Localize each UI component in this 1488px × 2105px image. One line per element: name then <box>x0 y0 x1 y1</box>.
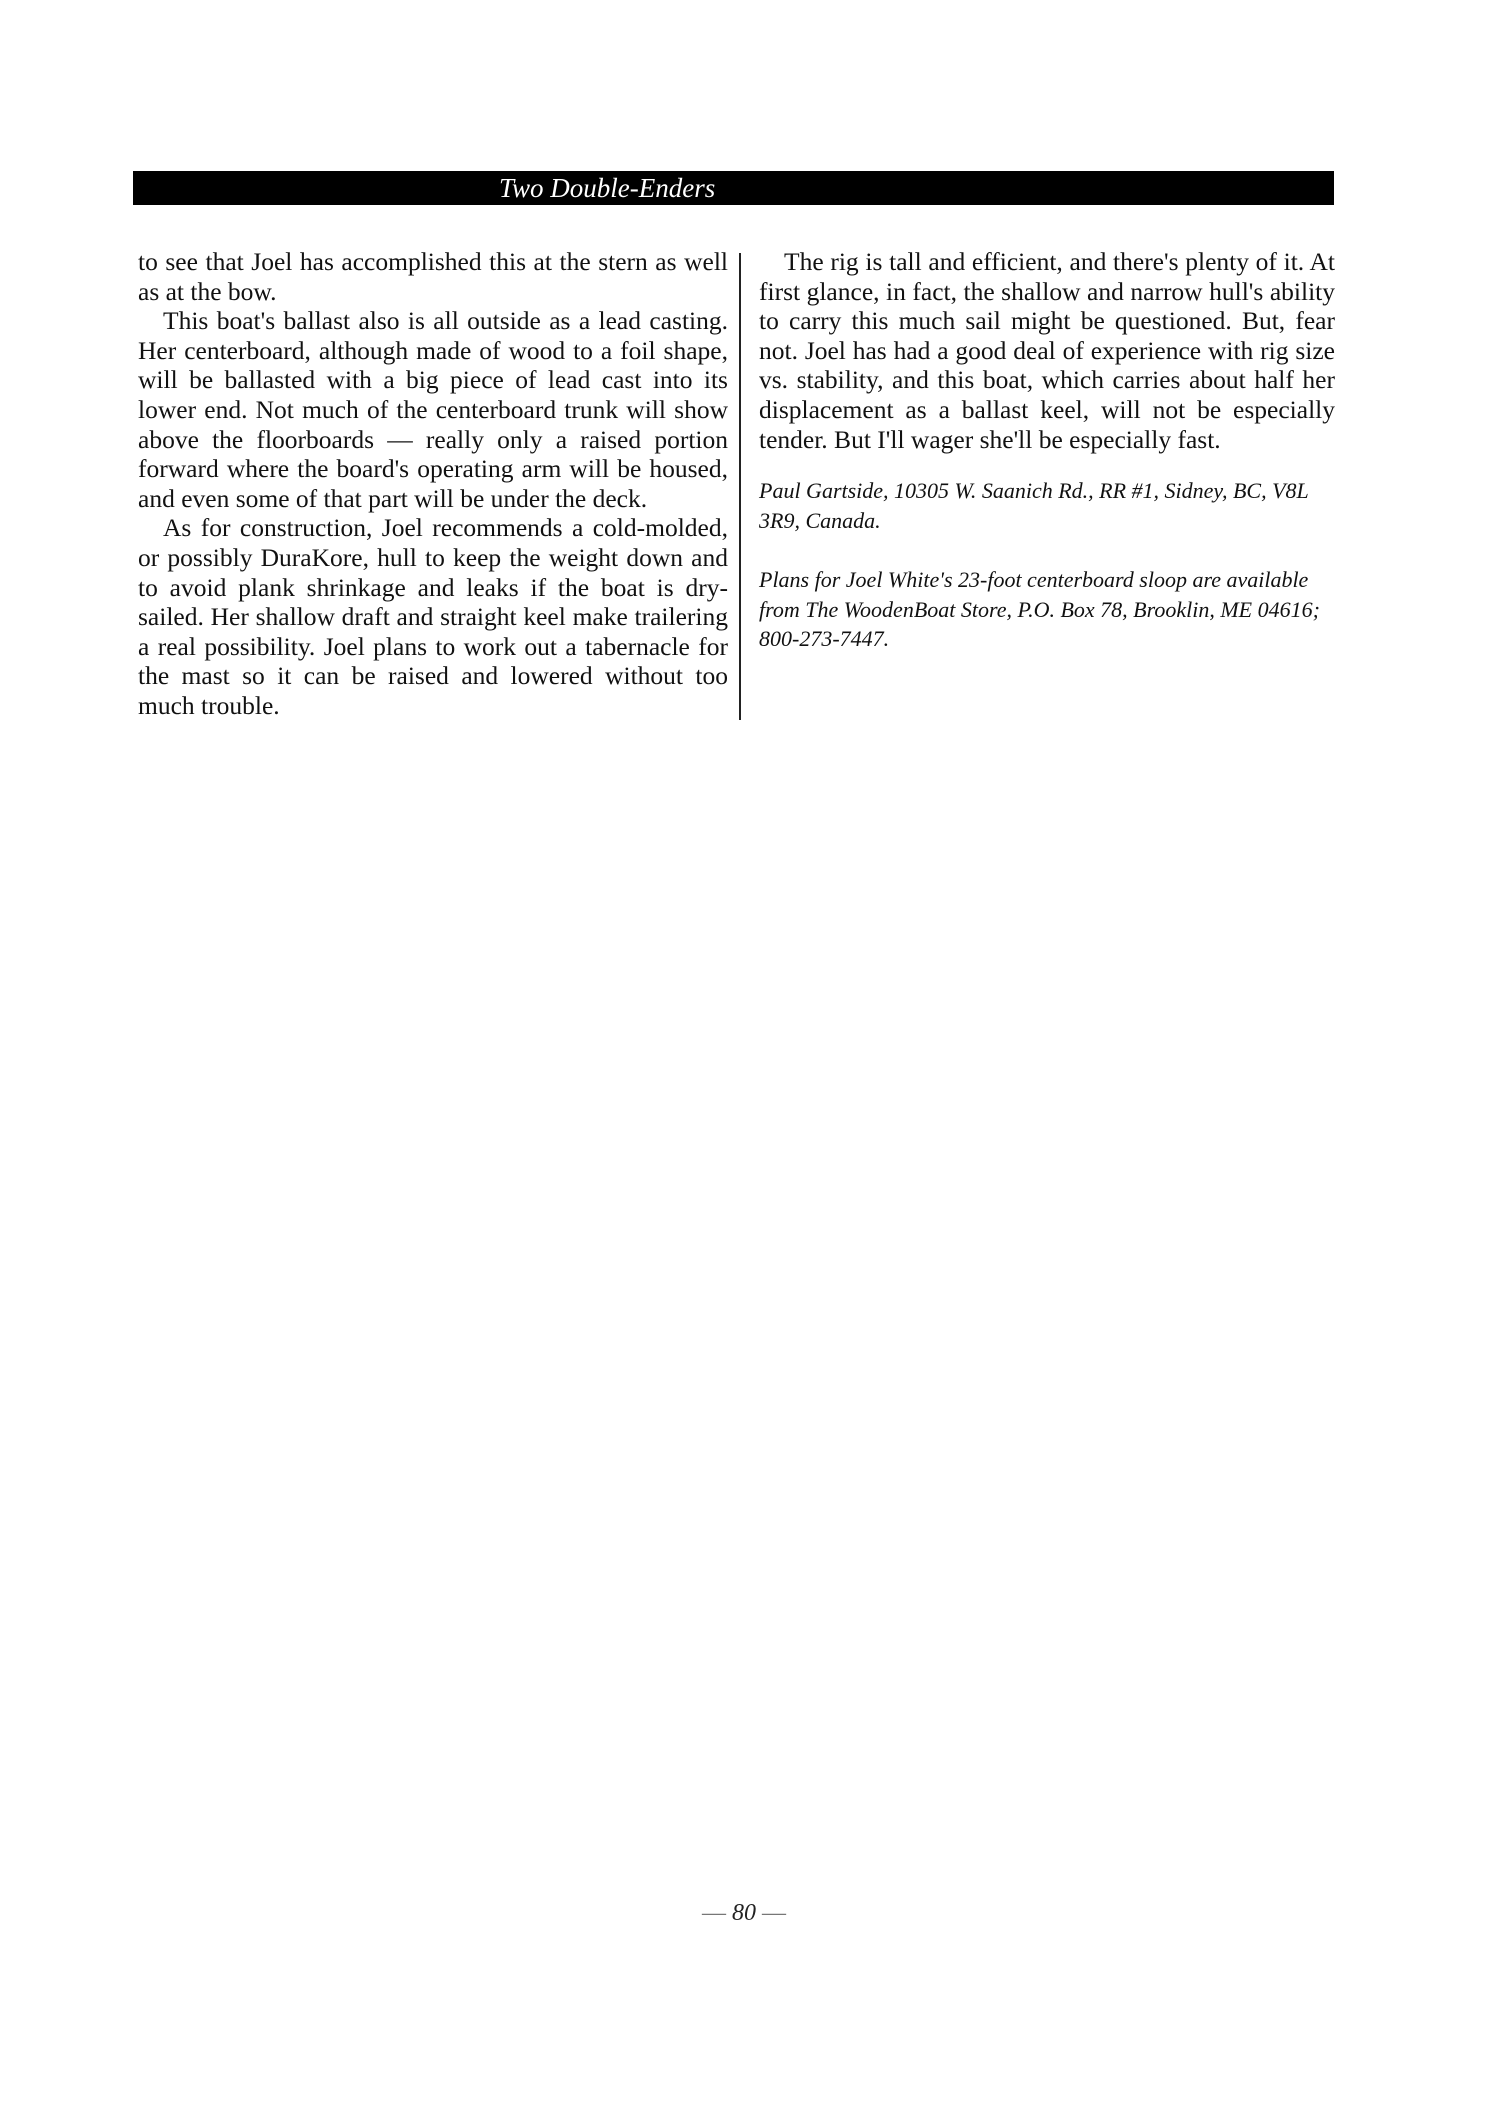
page-number-dash-right: — <box>762 1900 786 1926</box>
paragraph-continuation: to see that Joel has accomplished this a… <box>138 247 728 306</box>
column-divider <box>739 253 741 720</box>
plans-availability-note: Plans for Joel White's 23-foot centerboa… <box>759 565 1335 654</box>
right-text-column: The rig is tall and efficient, and there… <box>759 247 1335 654</box>
page-number: 80 <box>732 1900 756 1926</box>
designer-address-note: Paul Gartside, 10305 W. Saanich Rd., RR … <box>759 476 1335 535</box>
paragraph-construction: As for construction, Joel recommends a c… <box>138 513 728 720</box>
running-header-bar: Two Double-Enders <box>133 171 1334 205</box>
page-number-footer: — 80 — <box>0 1900 1488 1927</box>
running-header-title: Two Double-Enders <box>499 171 715 205</box>
paragraph-rig: The rig is tall and efficient, and there… <box>759 247 1335 454</box>
left-text-column: to see that Joel has accomplished this a… <box>138 247 728 721</box>
page-number-dash-left: — <box>702 1900 726 1926</box>
paragraph-ballast: This boat's ballast also is all outside … <box>138 306 728 513</box>
